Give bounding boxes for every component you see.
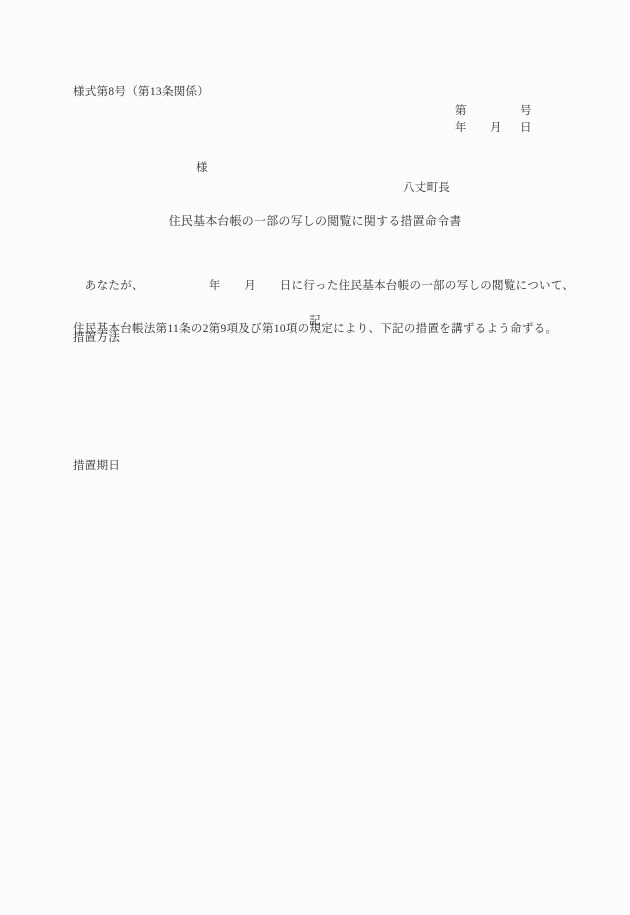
- section-label-measure-method: 措置方法: [73, 332, 120, 345]
- date-day-label: 日: [520, 122, 532, 135]
- date-month-label: 月: [490, 122, 502, 135]
- body-paragraph: あなたが、 年 月 日に行った住民基本台帳の一部の写しの閲覧について、 住民基本…: [73, 252, 563, 364]
- measure-method-blank-area: [73, 350, 563, 455]
- doc-number-prefix-label: 第: [455, 105, 467, 118]
- ki-record-marker: 記: [0, 315, 630, 328]
- document-title: 住民基本台帳の一部の写しの閲覧に関する措置命令書: [0, 215, 630, 228]
- issuer-name: 八丈町長: [403, 182, 450, 195]
- body-paragraph-line1: あなたが、 年 月 日に行った住民基本台帳の一部の写しの閲覧について、: [73, 278, 563, 295]
- addressee-suffix-label: 様: [196, 162, 208, 175]
- doc-number-suffix-label: 号: [520, 105, 532, 118]
- measure-deadline-blank-area: [73, 478, 563, 518]
- form-number-label: 様式第8号（第13条関係）: [73, 86, 209, 99]
- document-page: 様式第8号（第13条関係） 第 号 年 月 日 様 八丈町長 住民基本台帳の一部…: [0, 0, 630, 915]
- date-year-label: 年: [455, 122, 467, 135]
- section-label-measure-deadline: 措置期日: [73, 460, 120, 473]
